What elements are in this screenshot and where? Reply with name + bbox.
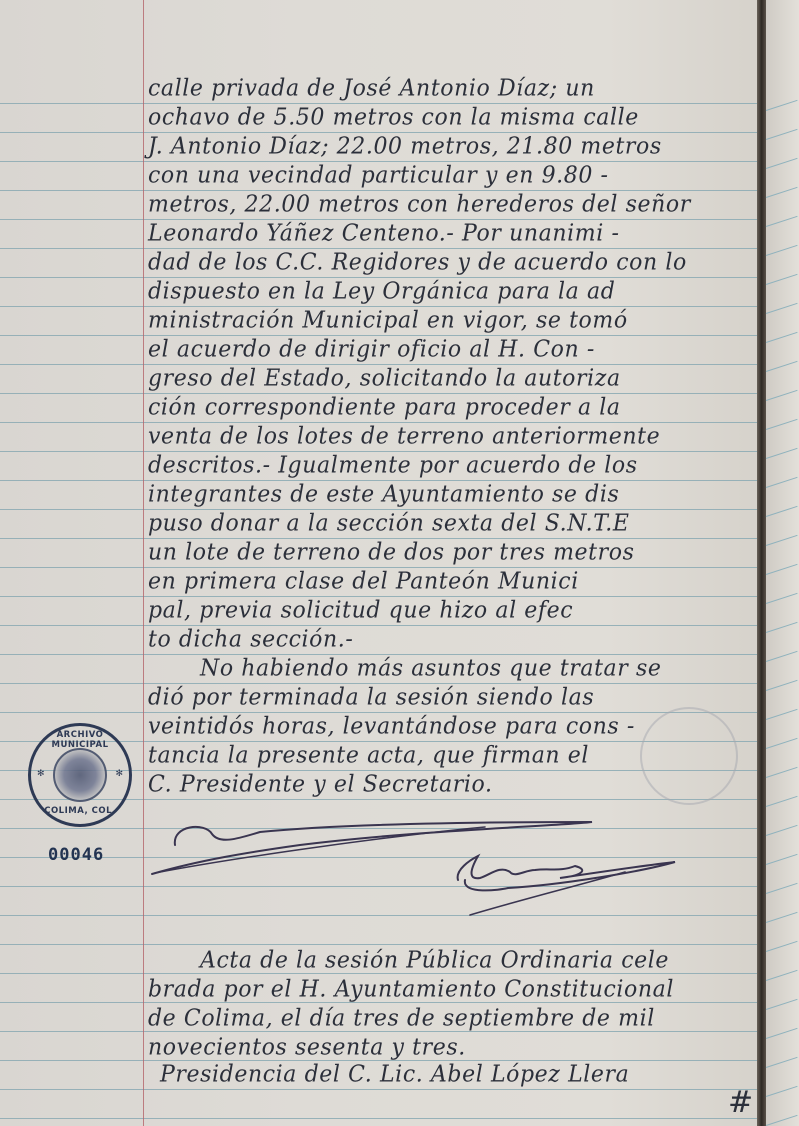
text-line: dispuesto en la Ley Orgánica para la ad [148,278,758,304]
text-line: C. Presidente y el Secretario. [148,771,758,797]
text-line: puso donar a la sección sexta del S.N.T.… [148,510,758,536]
text-line: calle privada de José Antonio Díaz; un [148,75,758,101]
text-line: Acta de la sesión Pública Ordinaria cele [200,947,799,973]
text-line: tancia la presente acta, que firman el [148,742,758,768]
text-line: un lote de terreno de dos por tres metro… [148,539,758,565]
text-line: el acuerdo de dirigir oficio al H. Con - [148,336,758,362]
rule-line [0,1118,757,1119]
text-line: dió por terminada la sesión siendo las [148,684,758,710]
text-line: con una vecindad particular y en 9.80 - [148,162,758,188]
text-line: brada por el H. Ayuntamiento Constitucio… [148,976,758,1002]
archivo-municipal-stamp: ARCHIVO MUNICIPAL ✻ ✻ COLIMA, COL. [28,723,132,827]
stamp-bottom-text: COLIMA, COL. [31,806,129,816]
text-line: ción correspondiente para proceder a la [148,394,758,420]
rule-line [0,1089,757,1090]
margin-mark: # [728,1085,753,1120]
text-line: en primera clase del Panteón Munici [148,568,758,594]
text-line: dad de los C.C. Regidores y de acuerdo c… [148,249,758,275]
page-number-stamp: 00046 [48,845,104,865]
rule-line [0,886,757,887]
text-line: novecientos sesenta y tres. [148,1034,758,1060]
rule-line [0,944,757,945]
star-icon: ✻ [37,769,45,779]
text-line: to dicha sección.- [148,626,758,652]
text-line: de Colima, el día tres de septiembre de … [148,1005,758,1031]
red-margin-line [143,0,144,1126]
star-icon: ✻ [115,769,123,779]
text-line: greso del Estado, solicitando la autoriz… [148,365,758,391]
rule-line [0,915,757,916]
text-line: pal, previa solicitud que hizo al efec [148,597,758,623]
text-line: Leonardo Yáñez Centeno.- Por unanimi - [148,220,758,246]
text-line: veintidós horas, levantándose para cons … [148,713,758,739]
text-line: integrantes de este Ayuntamiento se dis [148,481,758,507]
rule-line [0,828,757,829]
stamp-emblem-icon [53,748,107,802]
rule-line [0,857,757,858]
text-line: Presidencia del C. Lic. Abel López Llera [160,1061,770,1087]
stamp-top-text: ARCHIVO MUNICIPAL [31,730,129,750]
text-line: ministración Municipal en vigor, se tomó [148,307,758,333]
text-line: descritos.- Igualmente por acuerdo de lo… [148,452,758,478]
text-line: venta de los lotes de terreno anteriorme… [148,423,758,449]
text-line: J. Antonio Díaz; 22.00 metros, 21.80 met… [148,133,758,159]
text-line: No habiendo más asuntos que tratar se [200,655,799,681]
text-line: metros, 22.00 metros con herederos del s… [148,191,758,217]
text-line: ochavo de 5.50 metros con la misma calle [148,104,758,130]
